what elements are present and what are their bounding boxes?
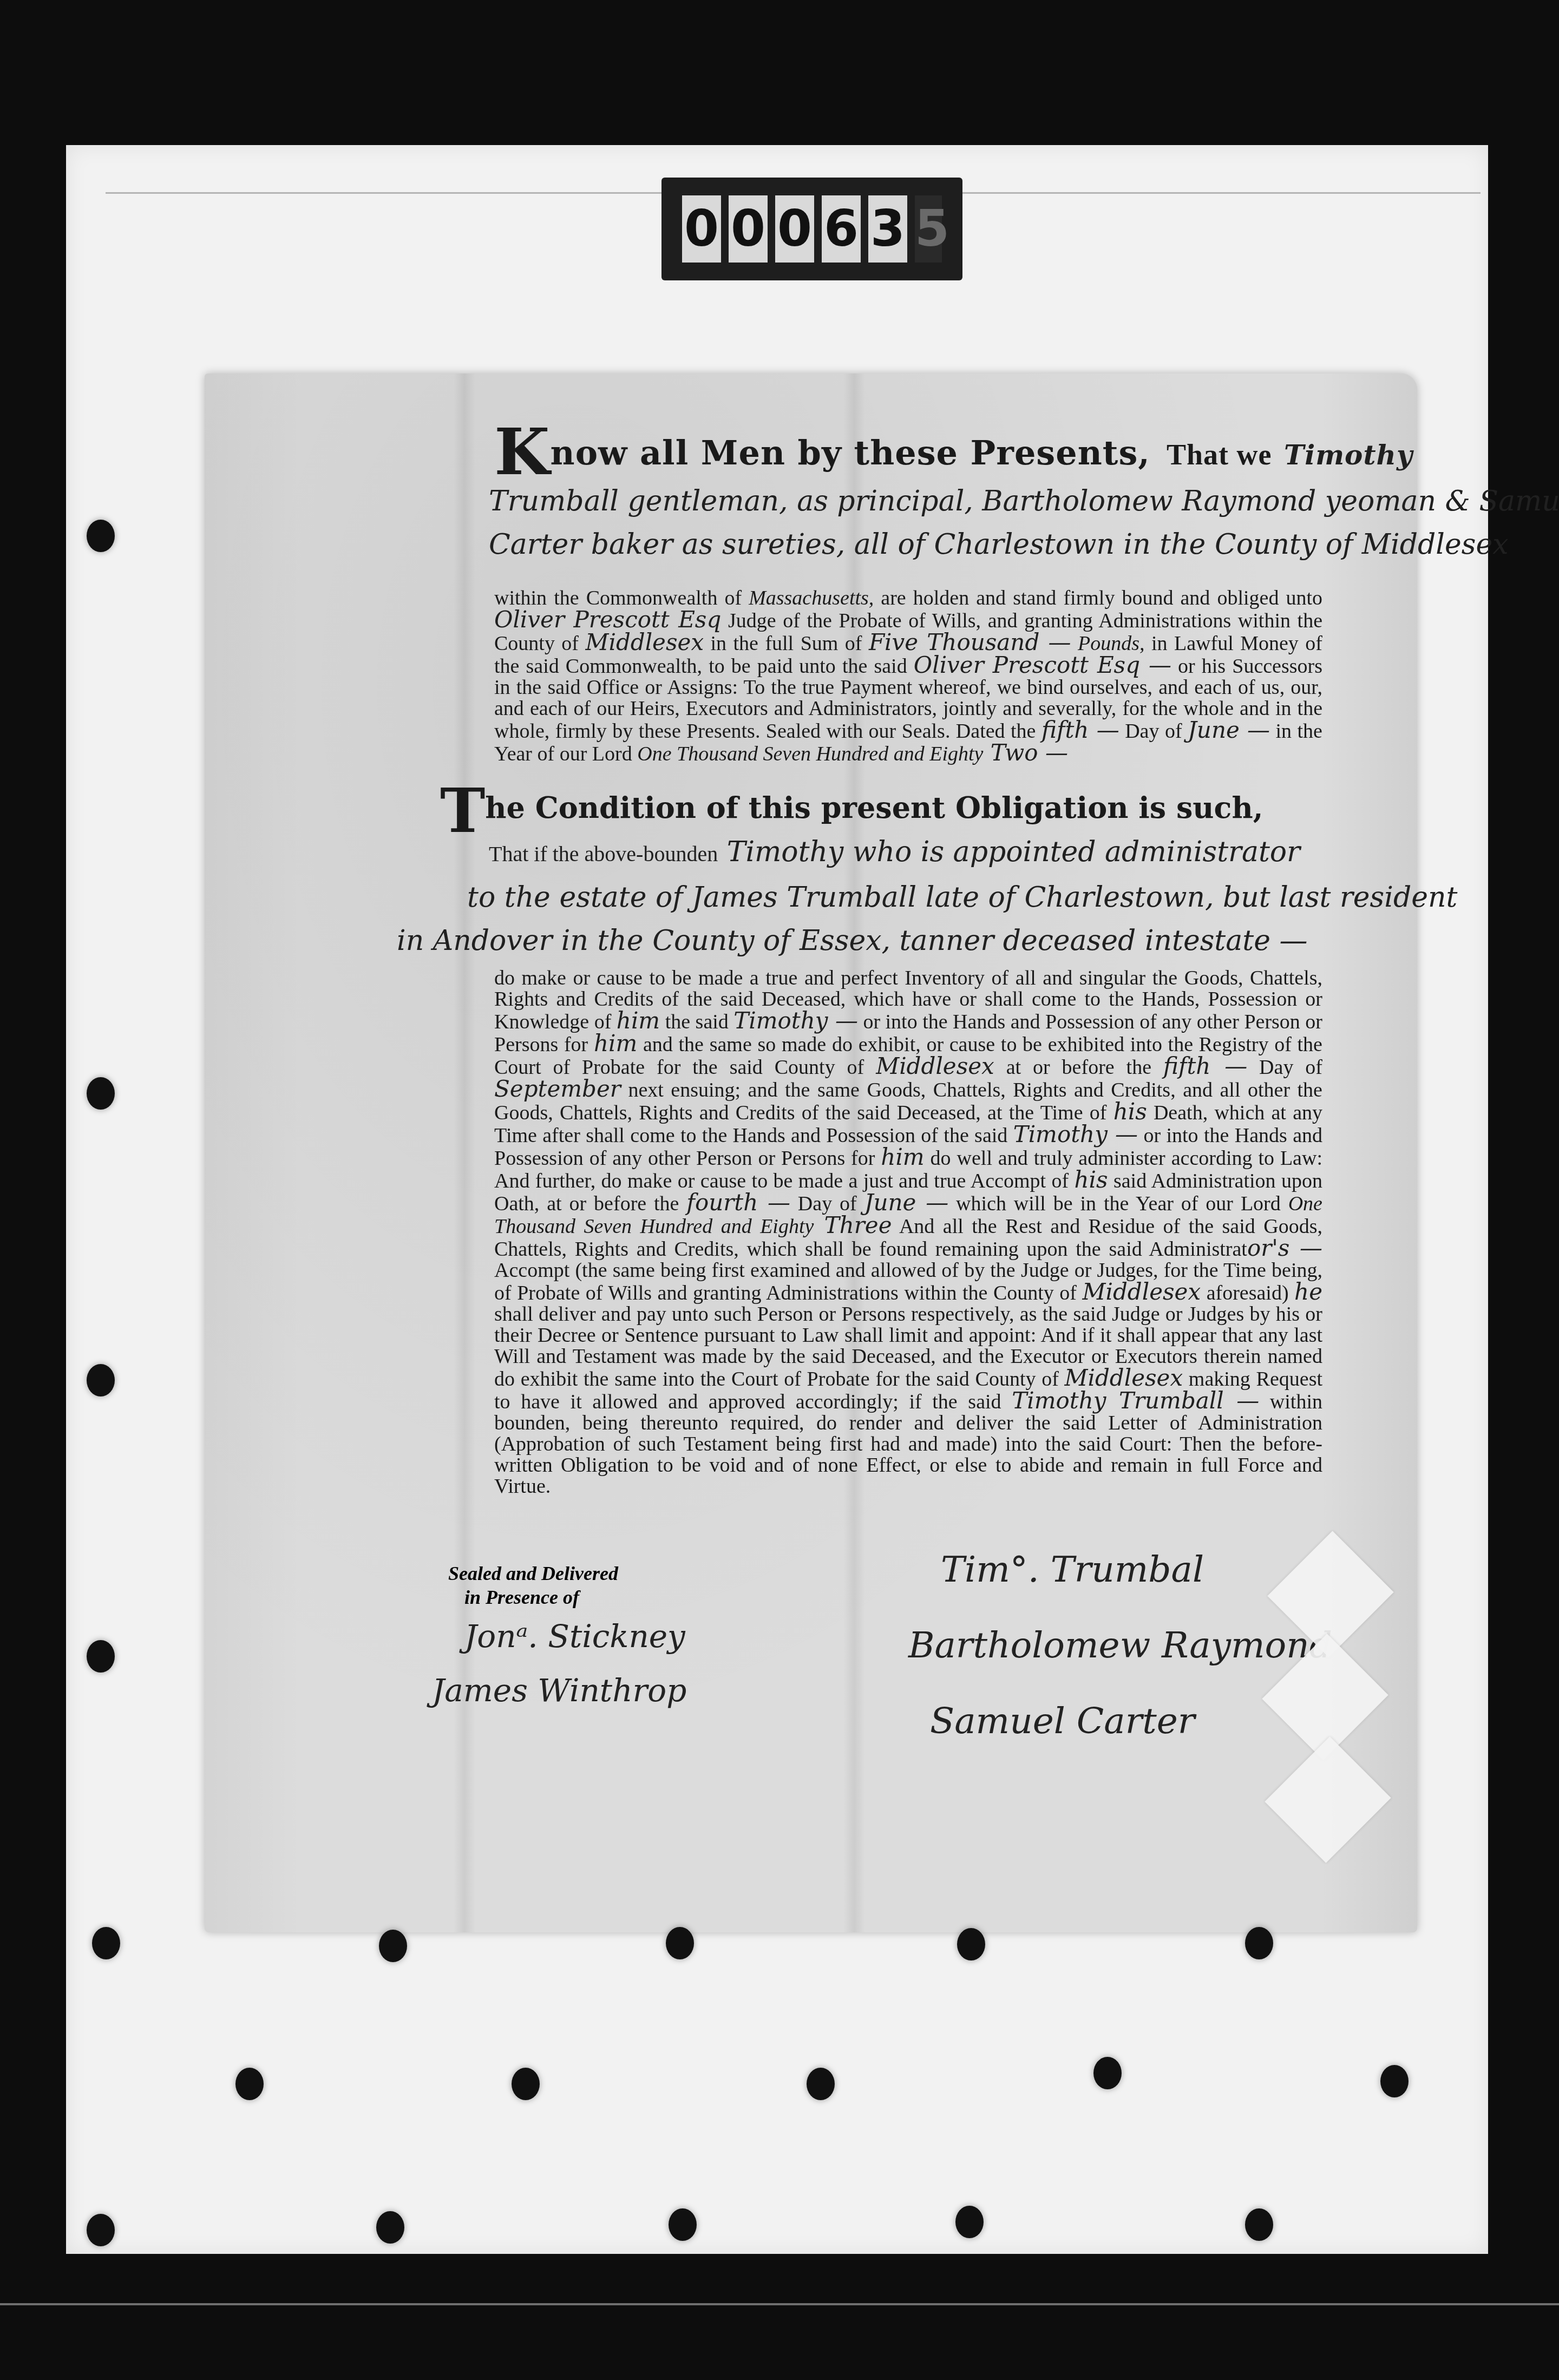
registration-dot — [87, 1364, 115, 1396]
frame-digit: 0 — [729, 195, 768, 263]
witness-block: Sealed and Delivered in Presence of Jonᵃ… — [448, 1562, 730, 1717]
registration-dot — [235, 2068, 264, 2100]
frame-digit: 3 — [868, 195, 907, 263]
registration-dot — [1245, 1927, 1273, 1959]
handwritten-fill: him — [881, 1144, 924, 1170]
document-body: Know all Men by these Presents,That we T… — [494, 428, 1322, 1497]
handwritten-fill: Timothy — — [1013, 1121, 1138, 1148]
printed-italic: One Thousand Seven Hundred and Eighty — [637, 743, 983, 765]
handwritten-fill: September — [494, 1076, 621, 1102]
printed-text: which will be in the Year of our Lord — [948, 1192, 1288, 1215]
probate-bond-document: Know all Men by these Presents,That we T… — [205, 373, 1417, 1932]
handwritten-name: Timothy — [1284, 439, 1413, 471]
printed-text: the said — [660, 1011, 733, 1033]
handwritten-line: Trumball gentleman, as principal, Bartho… — [489, 480, 1322, 523]
heading-text: now all Men by these Presents, — [551, 433, 1150, 473]
registration-dot — [666, 1927, 694, 1959]
registration-dot — [87, 1640, 115, 1673]
registration-dot — [92, 1927, 120, 1959]
printed-italic: Massachusetts, — [749, 587, 874, 609]
obligor-signatures: Tim°. Trumbal Bartholomew Raymond Samuel… — [908, 1532, 1341, 1759]
handwritten-fill: Oliver Prescott Esq — — [914, 652, 1171, 678]
registration-dot — [1093, 2057, 1122, 2089]
registration-dot — [87, 2214, 115, 2246]
frame-counter: 0 0 0 6 3 5 — [661, 178, 962, 280]
condition-heading: The Condition of this present Obligation… — [440, 789, 1322, 830]
printed-text: Day of — [1119, 720, 1188, 743]
handwritten-line: in Andover in the County of Essex, tanne… — [397, 919, 1322, 962]
handwritten-fill: him — [594, 1030, 637, 1057]
handwritten-fill: Middlesex — [876, 1053, 994, 1079]
witness-signature: James Winthrop — [432, 1663, 730, 1717]
drop-cap: K — [494, 414, 551, 489]
handwritten-line: Carter baker as sureties, all of Charles… — [489, 523, 1322, 566]
bond-paragraph: within the Commonwealth of Massachusetts… — [494, 588, 1322, 765]
printed-text: in the full Sum of — [704, 632, 869, 655]
handwritten-fill: Middlesex — [585, 629, 704, 655]
registration-dot — [376, 2211, 404, 2244]
printed-text: aforesaid) — [1201, 1282, 1294, 1304]
sealed-label: Sealed and Delivered — [448, 1562, 730, 1585]
signature: Bartholomew Raymond — [908, 1608, 1341, 1683]
handwritten-fill: Timothy Trumball — — [1012, 1387, 1259, 1414]
registration-dot — [87, 520, 115, 552]
handwritten-fill: Two — — [983, 739, 1067, 766]
registration-dot — [807, 2068, 835, 2100]
registration-dot — [512, 2068, 540, 2100]
witness-signature: Jonᵃ. Stickney — [464, 1609, 730, 1663]
condition-intro: That if the above-bounden Timothy who is… — [489, 830, 1322, 876]
handwritten-fill: Timothy — — [733, 1007, 858, 1034]
heading-text: he Condition of this present Obligation … — [485, 790, 1263, 825]
frame-digit: 5 — [915, 195, 942, 263]
handwritten-fill: Middlesex — [1083, 1278, 1201, 1305]
film-edge-line — [0, 2303, 1559, 2305]
condition-paragraph: do make or cause to be made a true and p… — [494, 968, 1322, 1497]
registration-dot — [669, 2208, 697, 2241]
drop-cap: T — [440, 776, 485, 847]
heading-lead: That we — [1167, 438, 1272, 471]
printed-text: are holden and stand firmly bound and ob… — [874, 587, 1322, 609]
presence-label: in Presence of — [464, 1585, 730, 1609]
handwritten-text: Timothy who is appointed administrator — [727, 836, 1300, 868]
registration-dot — [1380, 2065, 1409, 2097]
handwritten-fill: fifth — — [1163, 1053, 1247, 1079]
frame-digit: 6 — [822, 195, 861, 263]
registration-dot — [379, 1930, 407, 1962]
handwritten-fill: he — [1294, 1278, 1322, 1305]
handwritten-fill: Three — [814, 1212, 892, 1238]
frame-digit: 0 — [682, 195, 721, 263]
registration-dot — [87, 1077, 115, 1110]
registration-dot — [1245, 2208, 1273, 2241]
handwritten-line: to the estate of James Trumball late of … — [467, 876, 1322, 919]
printed-text: Day of — [1247, 1056, 1322, 1079]
handwritten-fill: his — [1075, 1166, 1108, 1193]
printed-text: at or before the — [994, 1056, 1163, 1079]
registration-dot — [955, 2206, 984, 2238]
condition-lead: That if the above-bounden — [489, 842, 718, 866]
handwritten-fill: fourth — — [686, 1189, 790, 1216]
bond-heading: Know all Men by these Presents,That we T… — [494, 428, 1322, 480]
condition-hand-lines: to the estate of James Trumball late of … — [397, 876, 1322, 962]
frame-digit: 0 — [775, 195, 814, 263]
handwritten-fill: or's — — [1247, 1235, 1322, 1261]
registration-dot — [957, 1928, 985, 1961]
handwritten-fill: June — — [1188, 717, 1270, 743]
